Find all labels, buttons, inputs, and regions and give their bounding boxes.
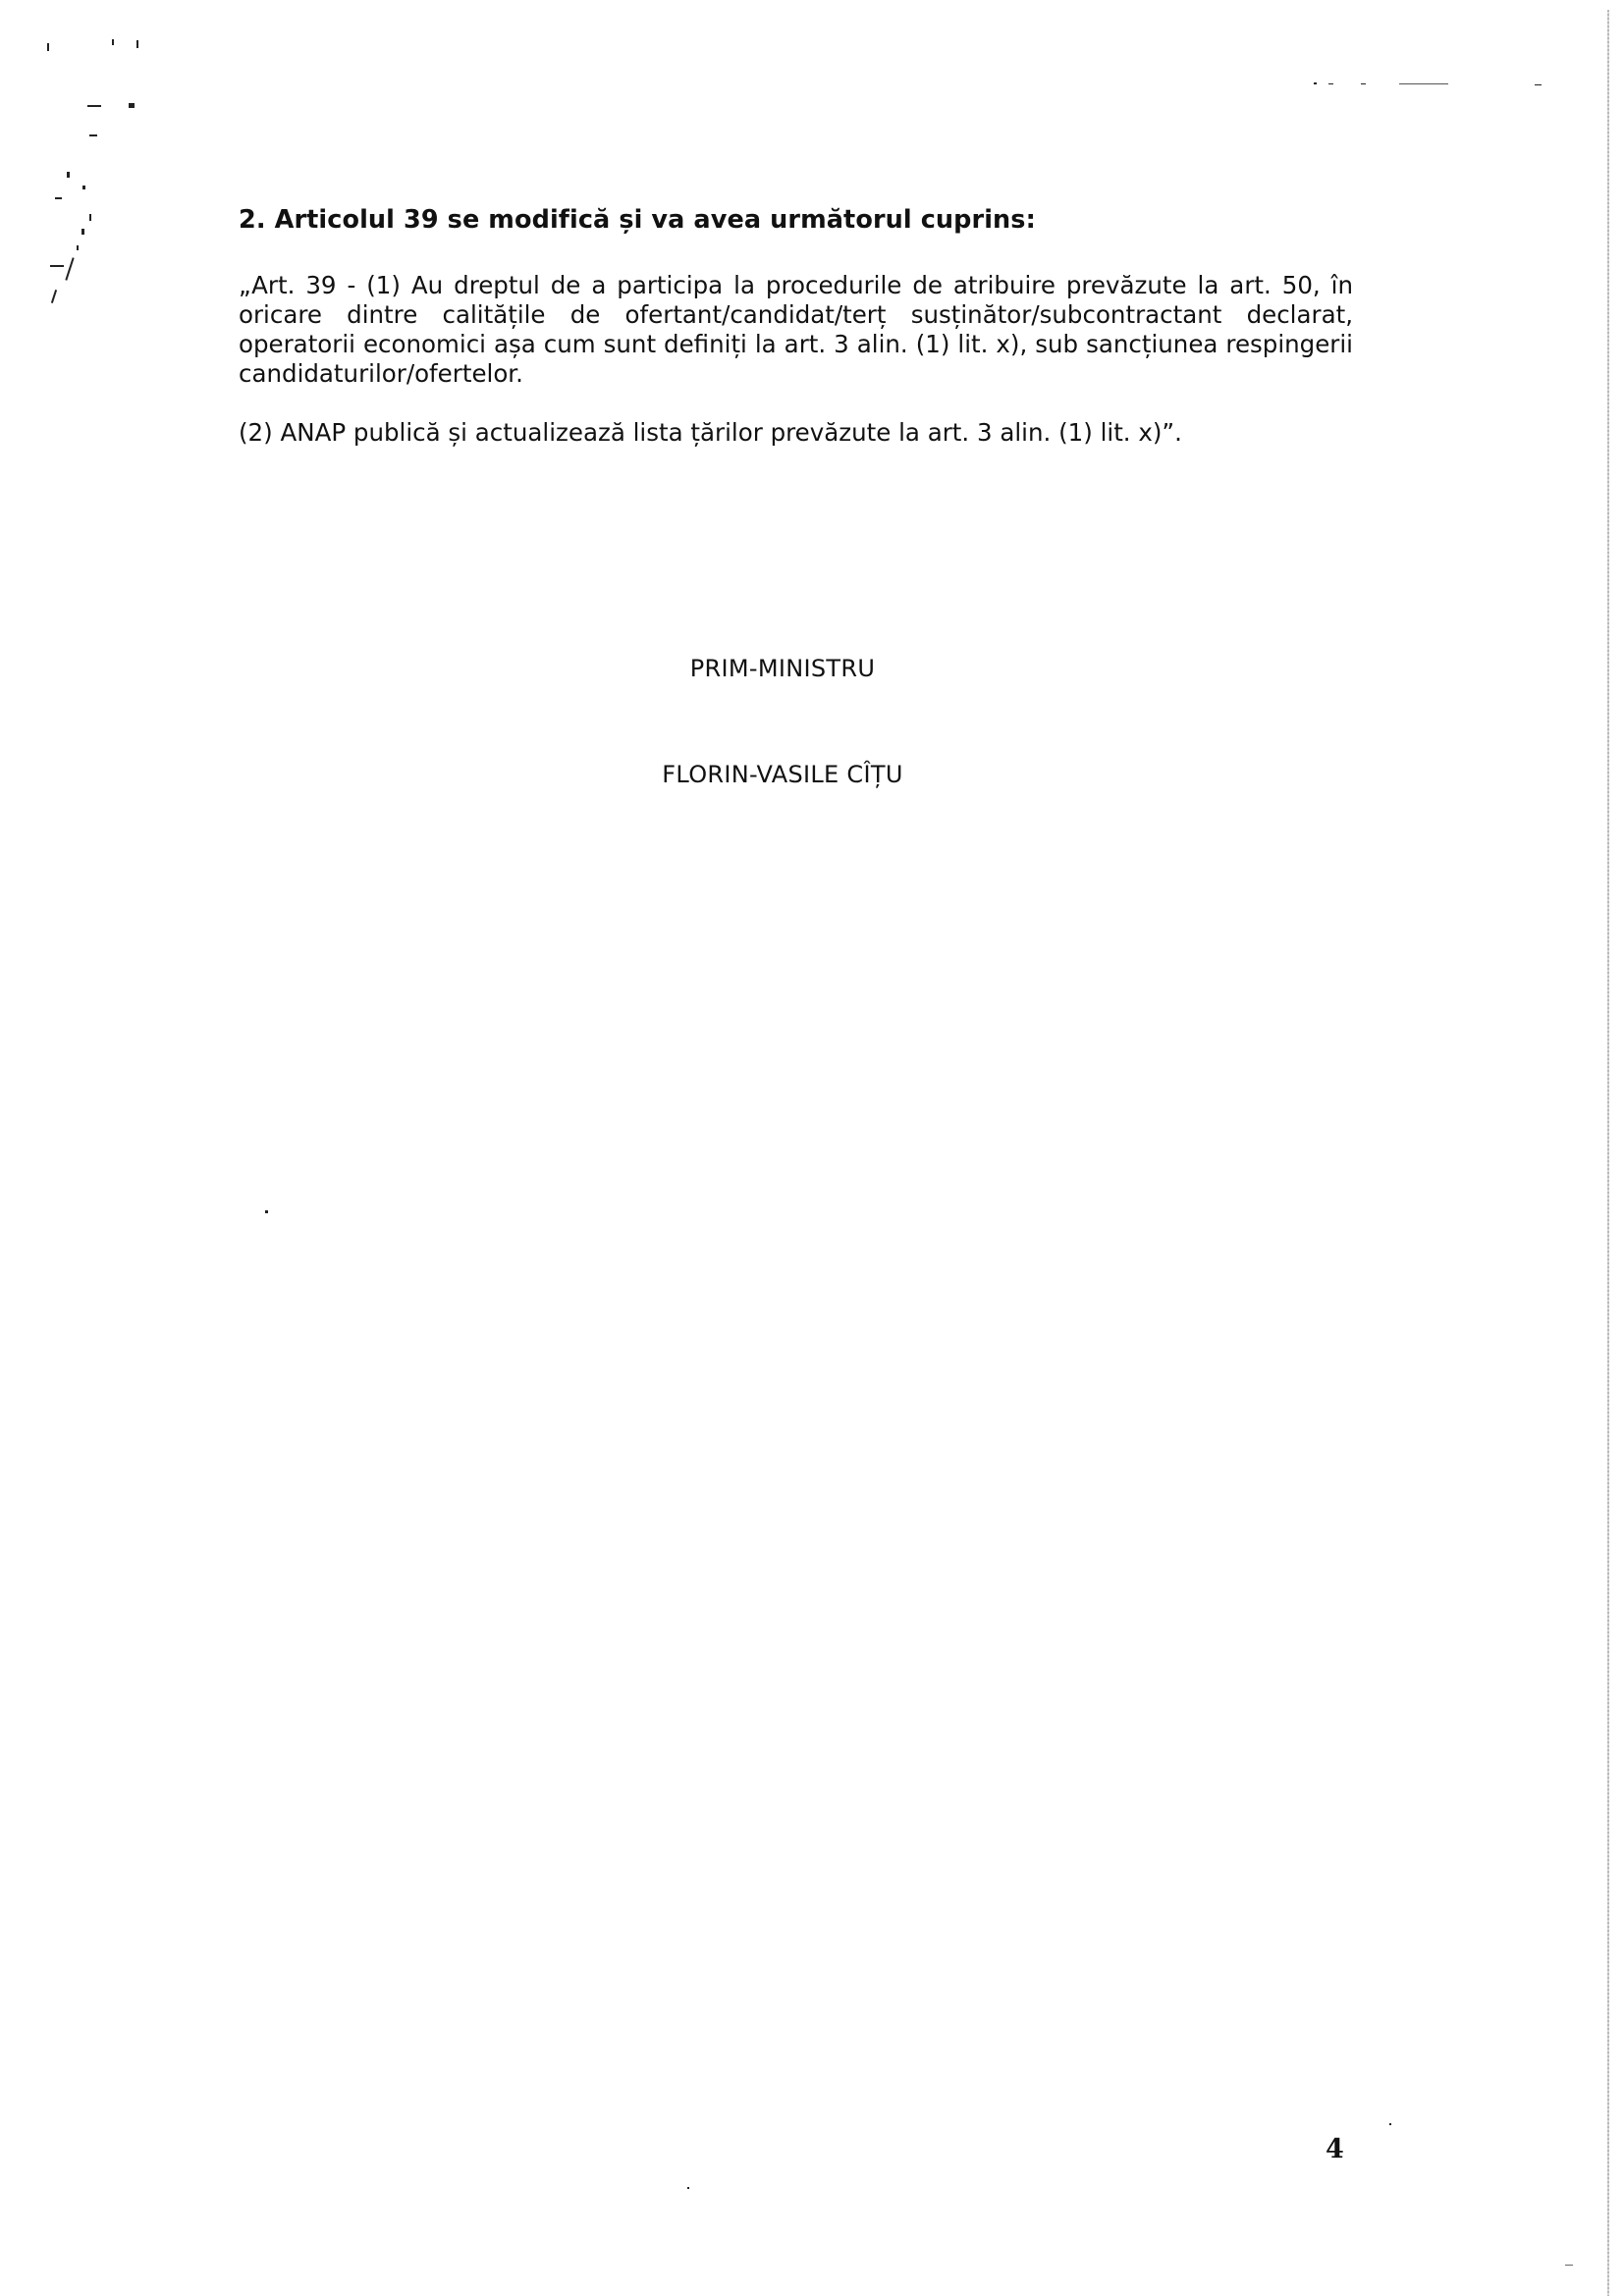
article-paragraph-1: „Art. 39 - (1) Au dreptul de a participa… xyxy=(239,271,1353,389)
document-page: 2. Articolul 39 se modifică și va avea u… xyxy=(0,0,1624,2296)
scan-edge-line xyxy=(1607,10,1609,2296)
signature-title: PRIM-MINISTRU xyxy=(0,655,1595,682)
signature-name: FLORIN-VASILE CÎȚU xyxy=(0,761,1595,788)
amendment-heading: 2. Articolul 39 se modifică și va avea u… xyxy=(239,205,1036,235)
page-number: 4 xyxy=(1326,2134,1344,2164)
article-paragraph-2: (2) ANAP publică și actualizează lista ț… xyxy=(239,418,1353,448)
